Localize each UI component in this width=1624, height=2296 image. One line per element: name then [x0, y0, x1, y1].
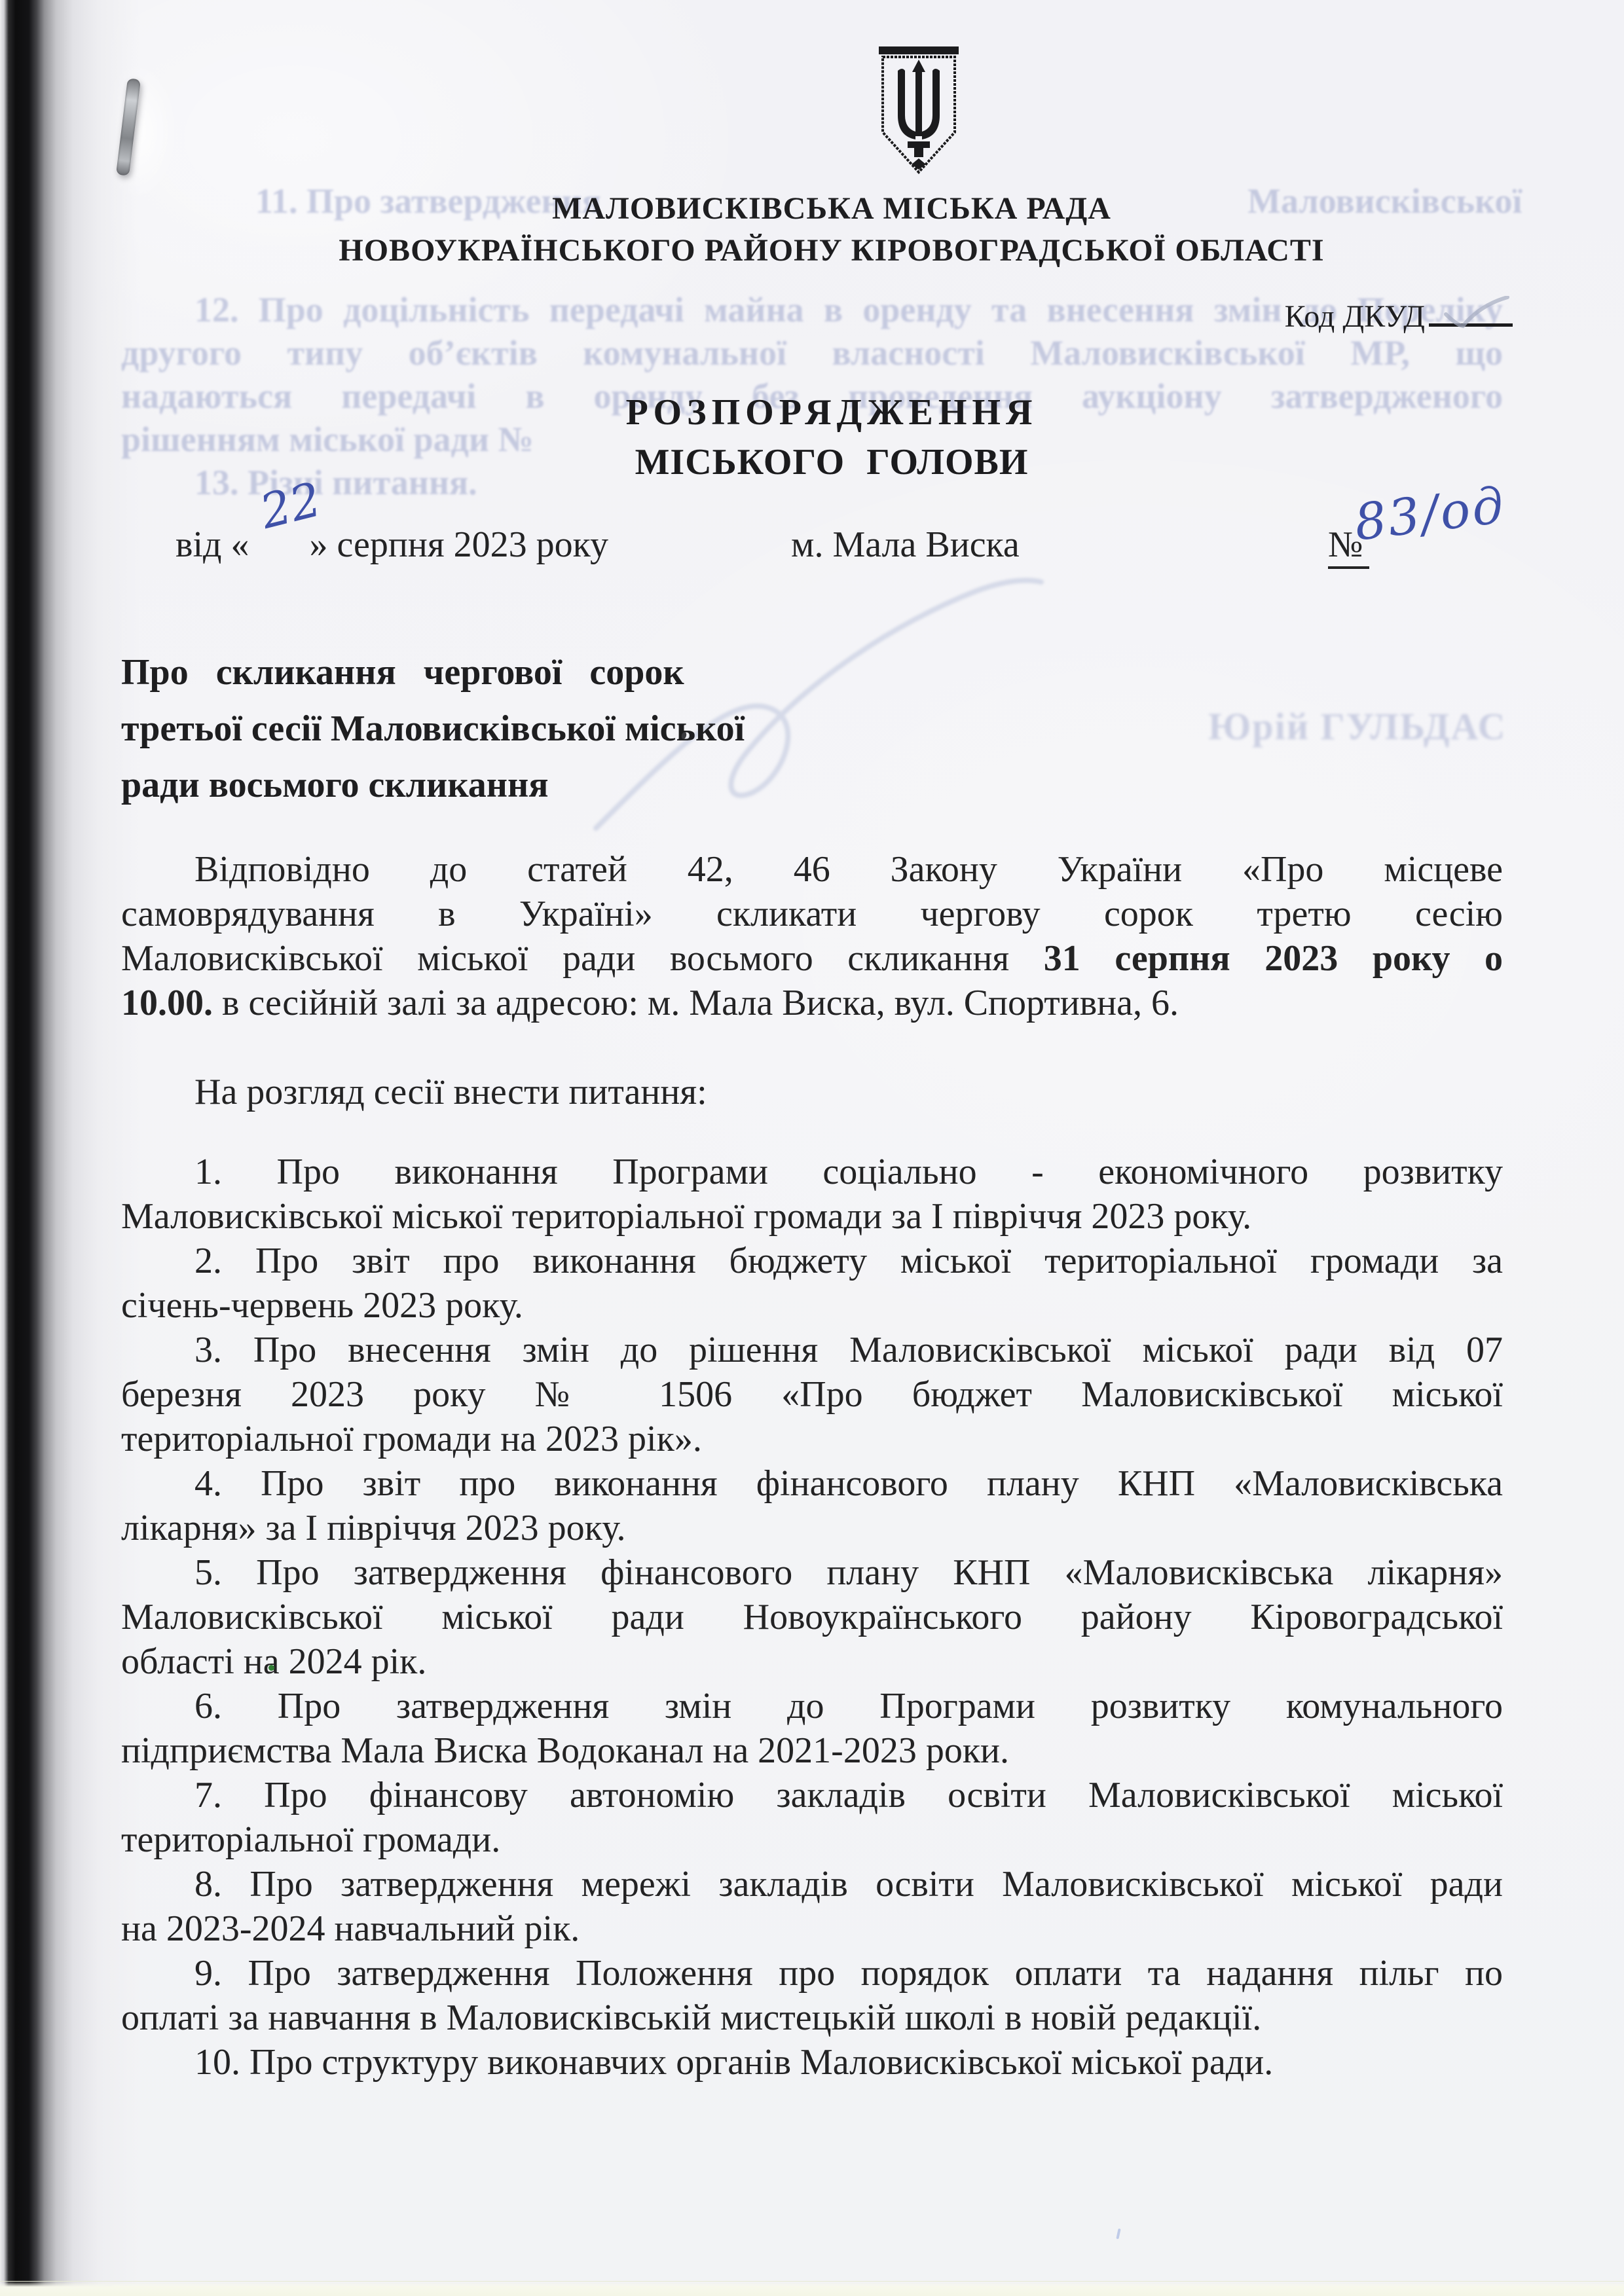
header-line-1: МАЛОВИСКІВСЬКА МІСЬКА РАДА: [39, 189, 1624, 229]
paragraph-line-1: Відповідно до статей 42, 46 Закону Украї…: [121, 847, 1503, 892]
paragraph-line-4-plain: в сесійній залі за адресою: м. Мала Виск…: [213, 983, 1179, 1023]
subject-line-2: третьої сесії Маловисківської міської: [121, 701, 783, 757]
list-item-10-line-1: 10. Про структуру виконавчих органів Мал…: [121, 2040, 1503, 2085]
list-item-7-line-1: 7. Про фінансову автономію закладів осві…: [121, 1773, 1503, 1817]
agenda-intro: На розгляд сесії внести питання:: [121, 1070, 1503, 1114]
subject-line-1: Про скликання чергової сорок: [121, 644, 783, 701]
header-line-2: НОВОУКРАЇНСЬКОГО РАЙОНУ КІРОВОГРАДСЬКОЇ …: [39, 230, 1624, 271]
paragraph-line-3: Маловисківської міської ради восьмого ск…: [121, 936, 1503, 981]
ghost-item-12-line-2: другого типу об’єктів комунальної власно…: [121, 331, 1503, 374]
list-item-9-line-1: 9. Про затвердження Положення про порядо…: [121, 1951, 1503, 1995]
faint-pen-mark: [1116, 2229, 1120, 2239]
list-item-8-line-1: 8. Про затвердження мережі закладів осві…: [121, 1862, 1503, 1906]
list-item-3-line-2: березня 2023 року № 1506 «Про бюджет Мал…: [121, 1372, 1503, 1417]
document-page: 11. Про затвердження Маловисківської 12.…: [0, 0, 1624, 2296]
list-item-2-line-2: січень-червень 2023 року.: [121, 1283, 1503, 1328]
subject-line-3: ради восьмого скликання: [121, 757, 783, 813]
date-prefix: від «: [175, 524, 249, 565]
pen-checkmark: [1441, 296, 1513, 338]
paragraph-line-3-plain: Маловисківської міської ради восьмого ск…: [121, 938, 1044, 979]
scan-bottom-edge: [0, 2281, 1624, 2296]
list-item-6-line-2: підприємства Мала Виска Водоканал на 202…: [121, 1728, 1503, 1773]
list-item-3-line-3: територіальної громади на 2023 рік».: [121, 1417, 1503, 1461]
list-item-4-line-1: 4. Про звіт про виконання фінансового пл…: [121, 1461, 1503, 1506]
ukraine-trident-emblem: [877, 46, 960, 177]
list-item-1-line-1: 1. Про виконання Програми соціально - ек…: [121, 1150, 1503, 1194]
list-item-7-line-2: територіальної громади.: [121, 1817, 1503, 1862]
ghost-signer-name: Юрій ГУЛЬДАС: [1208, 704, 1507, 748]
subject-block: Про скликання чергової сорок третьої сес…: [121, 644, 783, 813]
list-item-5-line-2: Маловисківської міської ради Новоукраїнс…: [121, 1595, 1503, 1639]
paragraph-line-4: 10.00. в сесійній залі за адресою: м. Ма…: [121, 981, 1503, 1025]
main-paragraph: Відповідно до статей 42, 46 Закону Украї…: [121, 847, 1503, 1025]
list-item-6-line-1: 6. Про затвердження змін до Програми роз…: [121, 1684, 1503, 1728]
list-item-4-line-2: лікарня» за І півріччя 2023 року.: [121, 1506, 1503, 1550]
session-time-bold: 10.00.: [121, 983, 213, 1023]
list-item-8-line-2: на 2023-2024 навчальний рік.: [121, 1906, 1503, 1951]
scanned-document: { "doc": { "colors": { "ink": "#232324",…: [0, 0, 1624, 2296]
green-speck: [268, 1665, 274, 1671]
list-item-3-line-1: 3. Про внесення змін до рішення Маловиск…: [121, 1328, 1503, 1372]
list-item-9-line-2: оплаті за навчання в Маловисківській мис…: [121, 1995, 1503, 2040]
agenda-list: 1. Про виконання Програми соціально - ек…: [121, 1150, 1503, 2085]
date-suffix: » серпня 2023 року: [310, 524, 609, 565]
session-date-bold: 31 серпня 2023 року о: [1044, 938, 1503, 979]
date-row-left: від «» серпня 2023 року: [175, 524, 608, 566]
list-item-5-line-1: 5. Про затвердження фінансового плану КН…: [121, 1550, 1503, 1595]
doc-type-title: РОЗПОРЯДЖЕННЯ: [39, 392, 1624, 433]
dkud-code-label: Код ДКУД: [1285, 299, 1425, 334]
list-item-5-line-3: області на 2024 рік.: [121, 1639, 1503, 1684]
list-item-2-line-1: 2. Про звіт про виконання бюджету місько…: [121, 1239, 1503, 1283]
list-item-1-line-2: Маловисківської міської територіальної г…: [121, 1194, 1503, 1239]
paragraph-line-2: самоврядування в Україні» скликати черго…: [121, 892, 1503, 936]
doc-type-subtitle: МІСЬКОГО ГОЛОВИ: [39, 441, 1624, 483]
place-label: м. Мала Виска: [791, 524, 1020, 566]
scan-left-edge-shadow: [0, 0, 141, 2296]
